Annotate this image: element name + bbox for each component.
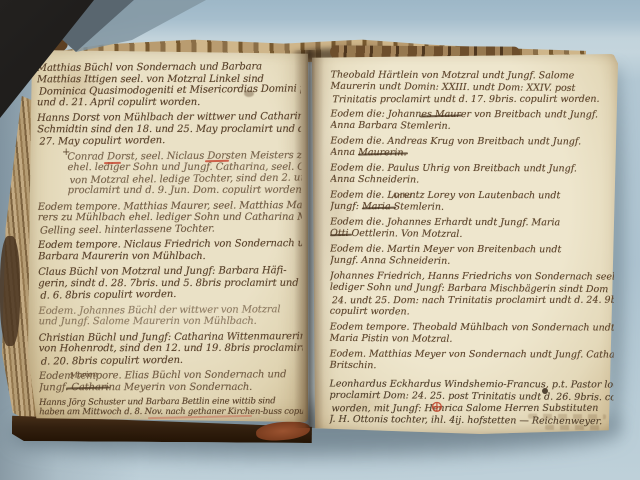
register-entry: Eodem tempore. Niclaus Friedrich von Son… — [38, 238, 302, 263]
manuscript-line: d. 6. 8bris copulirt worden. — [40, 287, 303, 302]
register-entry: Matthias Büchl von Sondernach und Barbar… — [37, 61, 301, 109]
interlinear-insertion: Marien — [70, 370, 98, 380]
manuscript-line: Claus Büchl von Motzral und Jungf: Barba… — [38, 265, 302, 278]
manuscript-line: Hanns Dorst von Mühlbach der wittwer und… — [37, 111, 301, 124]
manuscript-line: und Jungf. Salome Maurerin von Mühlbach. — [39, 316, 303, 328]
left-page-text: Matthias Büchl von Sondernach und Barbar… — [37, 61, 303, 421]
register-entry: Hanns Dorst von Mühlbach der wittwer und… — [37, 111, 301, 147]
open-book: Matthias Büchl von Sondernach und Barbar… — [0, 0, 640, 480]
manuscript-line: Gelling seel. hinterlassene Tochter. — [40, 222, 303, 237]
register-entry: Eodem die. Lorentz Lorey von Lautenbach … — [330, 190, 614, 215]
manuscript-line: Eodem tempore. Niclaus Friedrich von Son… — [38, 238, 302, 251]
interlinear-insertion: Anna — [392, 191, 412, 200]
red-cross-stamp: ⊕ — [428, 398, 446, 416]
manuscript-line: Otti Oettlerin. Von Motzral. — [330, 228, 614, 242]
manuscript-line: Britschin. — [330, 360, 614, 374]
manuscript-line: J. H. Ottonis tochter, ihl. 4ij. hofstet… — [329, 414, 613, 428]
register-entry: Leonhardus Eckhardus Windshemio-Francus,… — [329, 379, 613, 428]
spine-edge — [0, 236, 20, 346]
manuscript-line: Trinitatis proclamirt undt d. 17. 9bris.… — [333, 94, 615, 106]
manuscript-line: Barbara Maurerin von Mühlbach. — [38, 250, 302, 262]
register-entry: Conrad Dorst, seel. Niclaus Dorsten Meis… — [67, 150, 301, 198]
register-entry: Theobald Härtlein von Motzral undt Jungf… — [331, 70, 615, 107]
register-entry: Hanns Jörg Schuster und Barbara Bettlin … — [39, 396, 303, 418]
register-entry: Eodem die. Andreas Krug von Breitbach un… — [330, 136, 614, 161]
margin-cross-mark: + — [62, 147, 70, 158]
register-entry: Christian Büchl und Jungf: Catharina Wit… — [39, 331, 303, 367]
register-entry: Eodem tempore. Theobald Mühlbach von Son… — [330, 322, 614, 347]
manuscript-line: d. 20. 8bris copulirt worden. — [41, 353, 303, 368]
manuscript-line: 27. May copulirt worden. — [39, 133, 303, 148]
register-entry: Eodem die. Martin Meyer von Breitenbach … — [330, 244, 614, 269]
register-entry: Claus Büchl von Motzral und Jungf: Barba… — [38, 265, 302, 301]
register-entry: Johannes Friedrich, Hanns Friedrichs von… — [330, 271, 614, 320]
register-entry: Eodem die. Johannes Erhardt undt Jungf. … — [330, 217, 614, 242]
manuscript-line: Anna Schneiderin. — [330, 174, 614, 188]
red-underline-mark — [104, 162, 121, 164]
right-page-text: Theobald Härtlein von Motzral undt Jungf… — [329, 70, 614, 431]
manuscript-line: ehel. lediger Sohn und Jungf. Catharina,… — [67, 162, 301, 174]
manuscript-line: Maria Pistin von Motzral. — [330, 333, 614, 347]
register-entry: Eodem. Matthias Meyer von Sondernach und… — [330, 349, 614, 374]
manuscript-line: und d. 21. April copulirt worden. — [37, 96, 301, 108]
register-entry: Eodem. Johannes Büchl der wittwer von Mo… — [38, 304, 302, 329]
register-entry: Eodem tempore. Matthias Maurer, seel. Ma… — [38, 200, 302, 236]
register-entry: Eodem die. Paulus Uhrig von Breitbach un… — [330, 163, 614, 188]
manuscript-line: proclamirt und d. 9. Jun. Dom. copulirt … — [68, 185, 302, 197]
manuscript-line: Matthias Büchl von Sondernach und Barbar… — [37, 61, 301, 74]
manuscript-line: copulirt worden. — [330, 306, 614, 320]
manuscript-line: Anna Barbara Stemlerin. — [330, 120, 614, 134]
register-entry: Eodem die: Johannes Maurer von Breitbach… — [330, 109, 614, 134]
manuscript-line: Conrad Dorst, seel. Niclaus Dorsten Meis… — [67, 150, 301, 163]
photo-scene: Matthias Büchl von Sondernach und Barbar… — [0, 0, 640, 480]
manuscript-line: Jungf. Anna Schneiderin. — [330, 255, 614, 269]
